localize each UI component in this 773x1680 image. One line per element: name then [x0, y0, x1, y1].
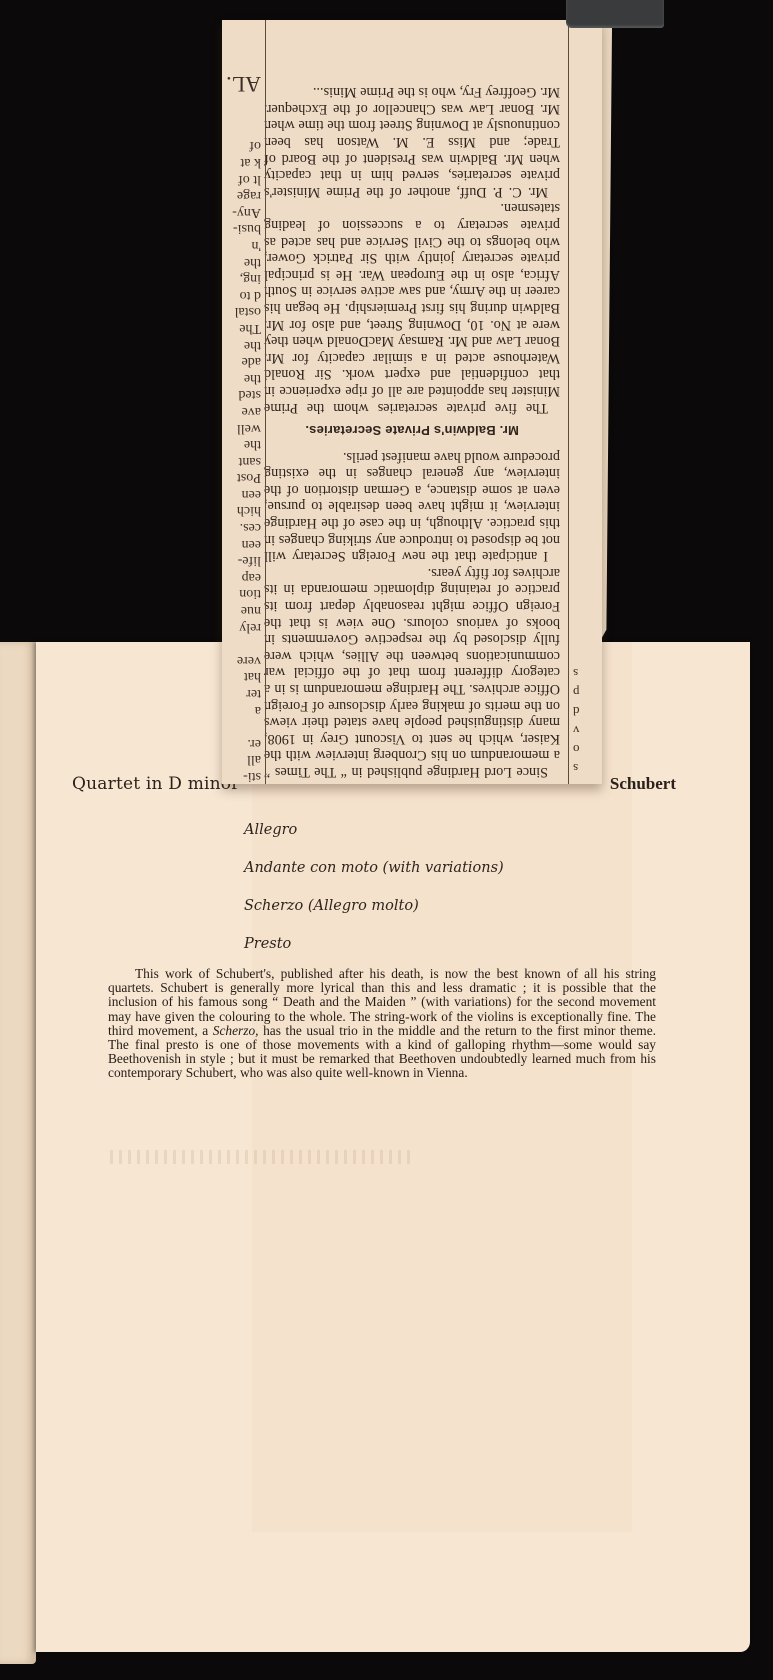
- fragment-text: Any-: [222, 203, 261, 220]
- fragment-text: well: [222, 419, 261, 436]
- fragment-text: sted: [222, 386, 261, 403]
- fragment-text: hat: [222, 668, 261, 685]
- fragment-text: p: [573, 685, 580, 700]
- fragment-text: The: [222, 319, 261, 336]
- movement-1: Allegro: [244, 822, 297, 838]
- fragment-text: of: [222, 137, 261, 154]
- fragment-text: o: [573, 742, 580, 757]
- fragment-text: the: [222, 253, 261, 270]
- fragment-text: s: [573, 761, 578, 776]
- fragment-text: the: [222, 436, 261, 453]
- newspaper-clipping: s o v d p s Since Lord Hardinge publishe…: [222, 20, 602, 784]
- fragment-text: v: [573, 723, 580, 738]
- fragment-text: Post: [222, 469, 261, 486]
- fragment-text: een: [222, 485, 261, 502]
- fragment-text: sant: [222, 452, 261, 469]
- fragment-text: d: [573, 704, 580, 719]
- faint-offset-marks: [110, 1150, 410, 1164]
- fragment-text: vere: [222, 651, 261, 668]
- movement-3: Scherzo (Allegro molto): [244, 898, 419, 914]
- article-heading: Mr. Baldwin's Private Secretaries.: [264, 422, 560, 439]
- fragment-text: ave: [222, 402, 261, 419]
- piece-title: Quartet in D minor: [72, 774, 240, 794]
- fragment-text: lt of: [222, 170, 261, 187]
- fragment-text: s: [573, 666, 578, 681]
- fragment-text: tion: [222, 585, 261, 602]
- fragment-text: een: [222, 535, 261, 552]
- article-paragraph: Since Lord Hardinge published in “ The T…: [264, 564, 560, 780]
- clipping-adjacent-column-right: sti- all er. a ter hat vere rely nue tio…: [222, 20, 266, 784]
- fragment-text: eap: [222, 568, 261, 585]
- underlying-page-edge: [0, 642, 36, 1664]
- composer-name: Schubert: [610, 774, 676, 794]
- scanned-document-scene: Quartet in D minor Schubert Allegro Anda…: [0, 0, 773, 1680]
- fragment-text: the: [222, 336, 261, 353]
- movement-4: Presto: [244, 936, 291, 952]
- fragment-text: ostal: [222, 303, 261, 320]
- program-note-italic: Scherzo,: [213, 1023, 259, 1038]
- fragment-text: nue: [222, 601, 261, 618]
- article-paragraph: Mr. C. P. Duff, another of the Prime Min…: [264, 84, 560, 200]
- clipping-main-column: Since Lord Hardinge published in “ The T…: [264, 84, 560, 780]
- fragment-text: d to: [222, 286, 261, 303]
- movement-2: Andante con moto (with variations): [244, 860, 504, 876]
- fragment-text: hich: [222, 502, 261, 519]
- fragment-text: busi-: [222, 220, 261, 237]
- column-headline-fragment: AL.: [222, 64, 261, 104]
- clipping-rotated-content: s o v d p s Since Lord Hardinge publishe…: [222, 20, 602, 784]
- fragment-text: er.: [222, 734, 261, 751]
- fragment-text: life-: [222, 552, 261, 569]
- clipping-adjacent-column-left: s o v d p s: [568, 20, 602, 784]
- fragment-text: k at: [222, 153, 261, 170]
- fragment-text: ade: [222, 353, 261, 370]
- article-paragraph: I anticipate that the new Foreign Secret…: [264, 448, 560, 564]
- adhesive-tape: [566, 0, 664, 28]
- fragment-text: a: [222, 701, 261, 718]
- fragment-text: all: [222, 751, 261, 768]
- fragment-text: sti-: [222, 767, 261, 784]
- fragment-text: ces.: [222, 519, 261, 536]
- fragment-text: rage: [222, 187, 261, 204]
- program-note: This work of Schubert's, published after…: [108, 967, 656, 1081]
- fragment-text: rely: [222, 618, 261, 635]
- article-paragraph: The five private secretaries whom the Pr…: [264, 200, 560, 416]
- fragment-text: the: [222, 369, 261, 386]
- fragment-text: ing,: [222, 270, 261, 287]
- fragment-text: ter: [222, 684, 261, 701]
- fragment-text: 'n: [222, 236, 261, 253]
